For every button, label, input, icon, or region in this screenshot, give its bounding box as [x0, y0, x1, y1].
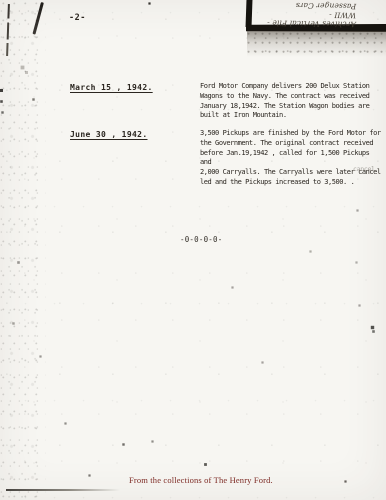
entry-date-june-30-1942: June 30 , 1942. — [70, 130, 148, 139]
scanned-document-page: -2- Archives Vertical File - WWII - Pass… — [0, 0, 386, 500]
handwritten-archival-note: Archives Vertical File - WWII - Passenge… — [250, 0, 356, 29]
entry-text-march-15-1942: Ford Motor Company delivers 200 Delux St… — [200, 82, 384, 121]
entry-text-june-30-1942: 3,500 Pickups are finished by the Ford M… — [200, 129, 384, 188]
entry-date-march-15-1942: March 15 , 1942. — [70, 83, 153, 92]
photocopy-speckles — [0, 0, 1, 1]
faint-typed-note: cancel — [353, 165, 375, 173]
bottom-edge-scan-line — [6, 489, 120, 491]
page-number: -2- — [69, 13, 86, 23]
section-separator: -0-0-0-0- — [180, 235, 222, 244]
photocopy-noise-left-edge — [0, 0, 46, 500]
photocopy-edge-artifact-fade — [247, 31, 386, 57]
footer-collection-credit: From the collections of The Henry Ford. — [129, 475, 273, 485]
